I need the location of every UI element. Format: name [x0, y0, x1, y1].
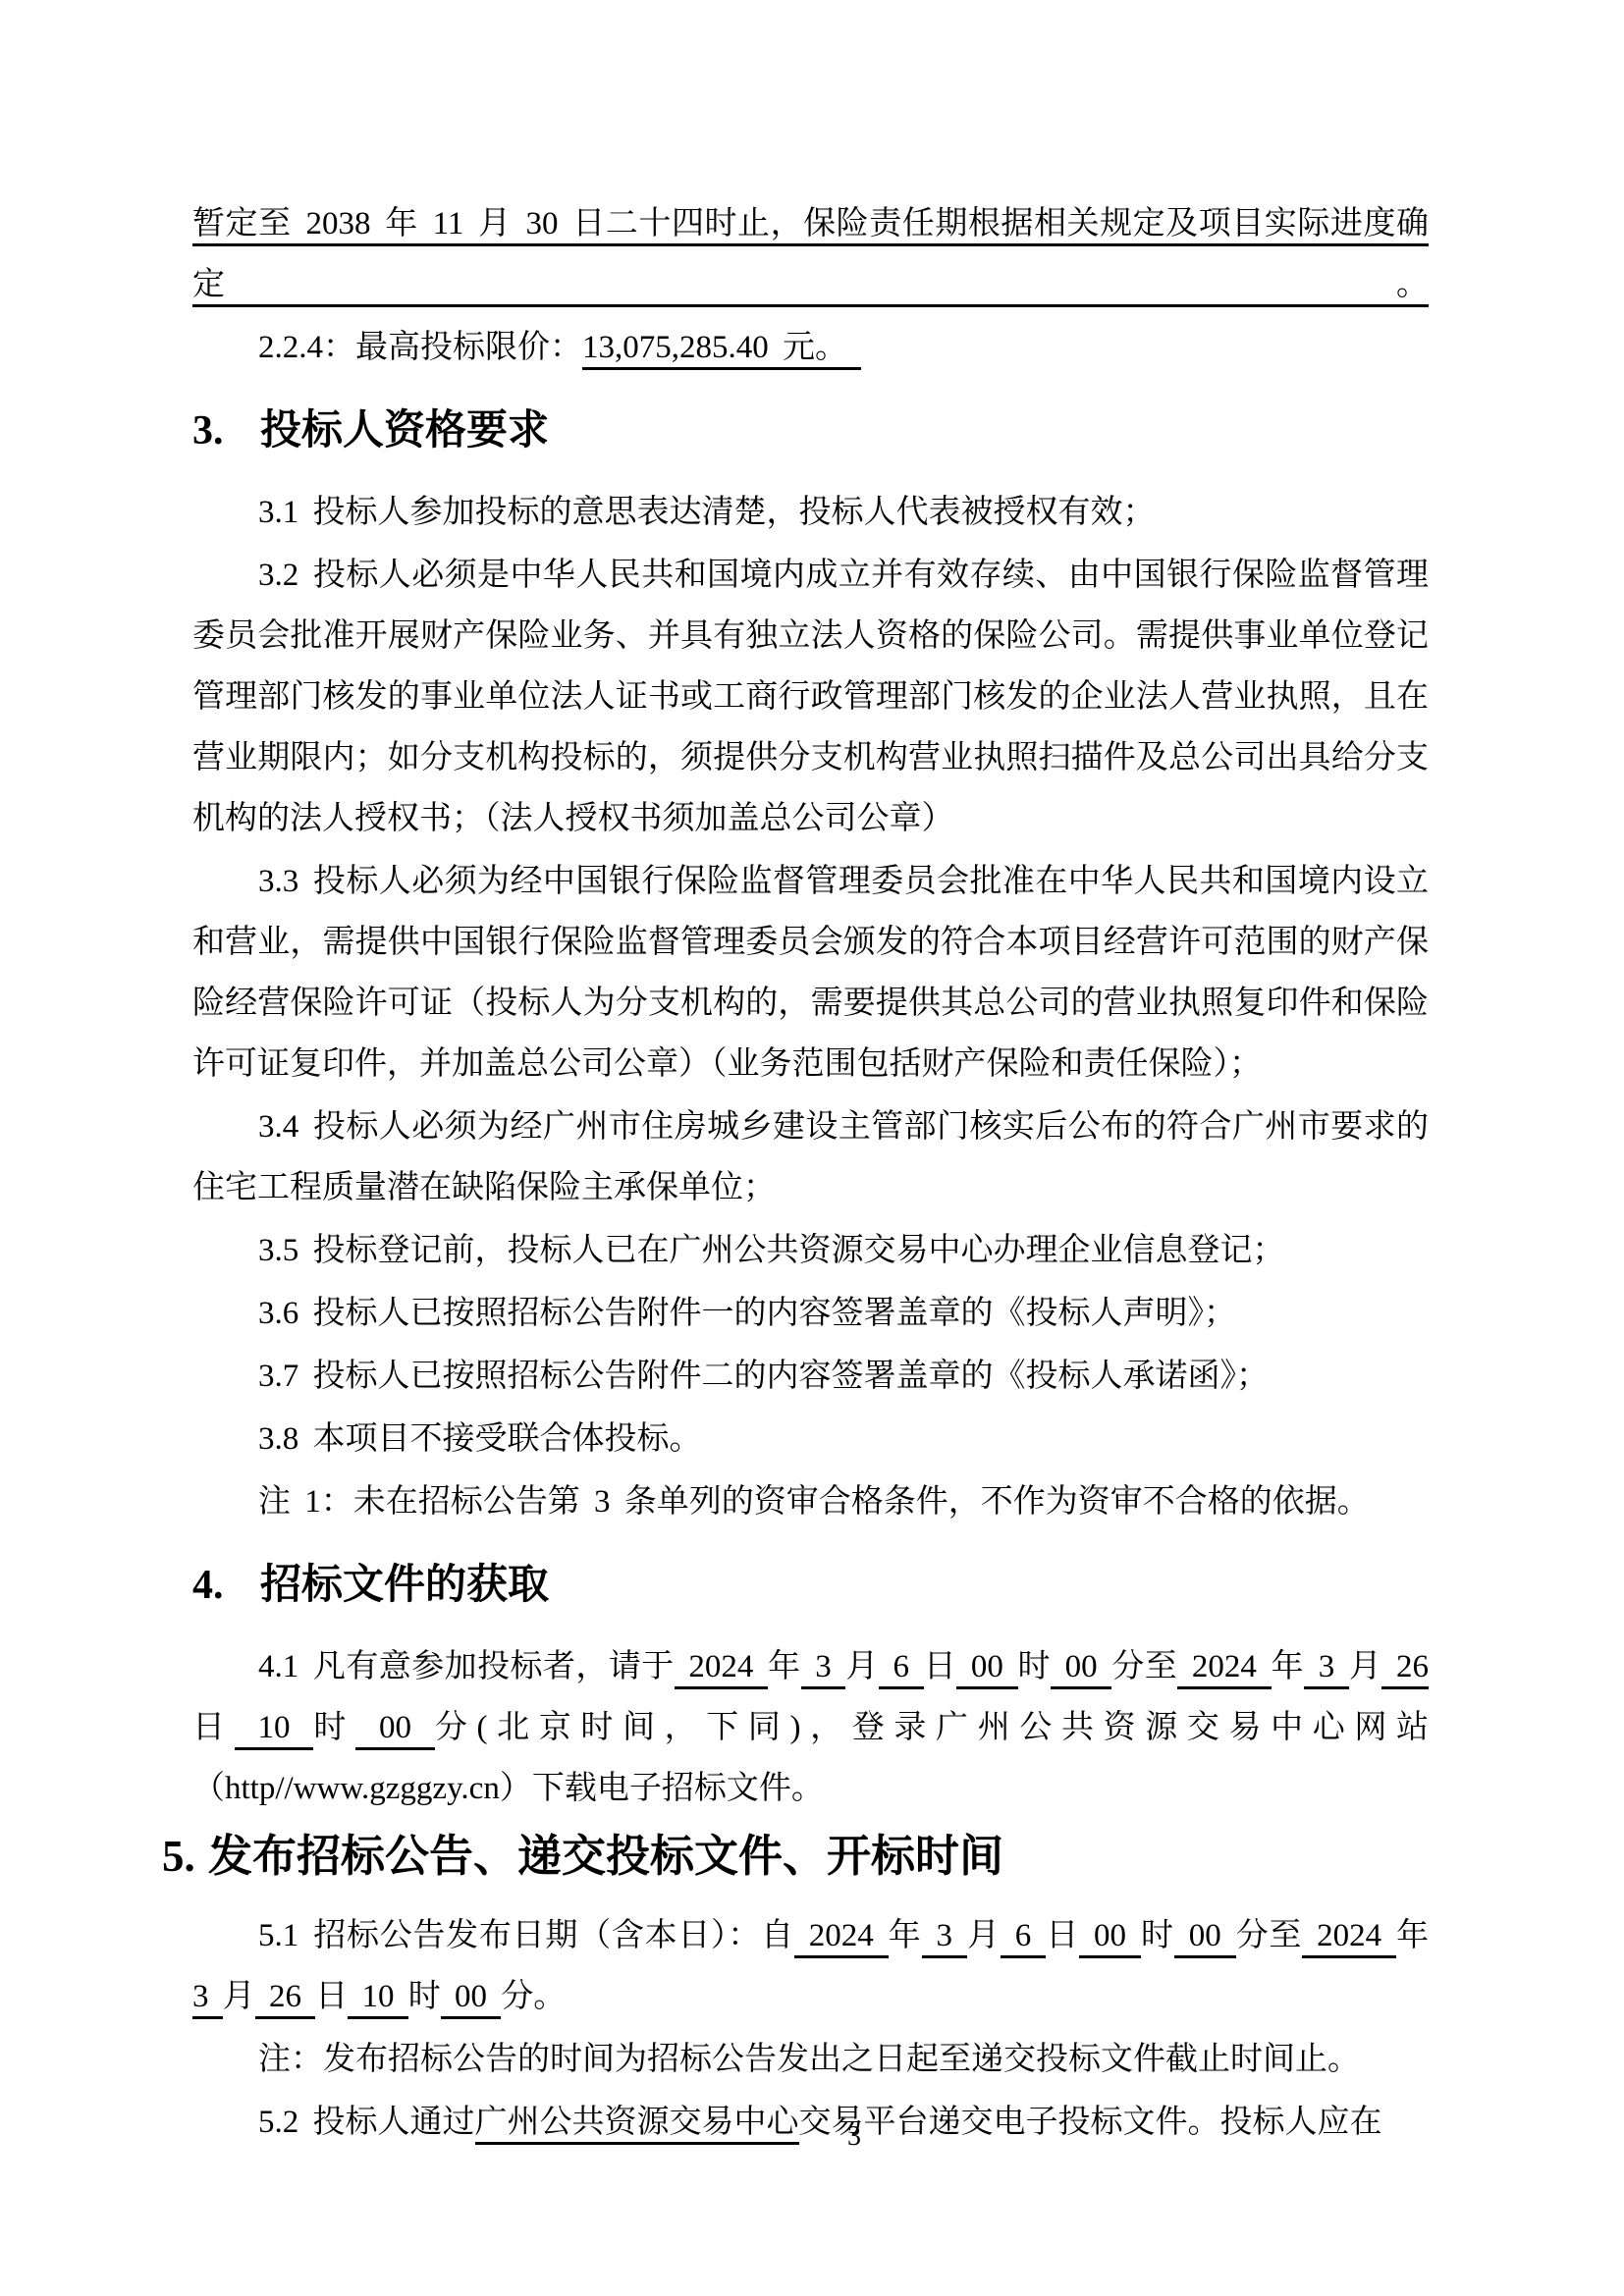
underlined-text: 10: [235, 1710, 314, 1750]
text-run: 日: [192, 1710, 235, 1745]
text-run: 分至: [1111, 1649, 1177, 1684]
text-run: 4.1 凡有意参加投标者，请于: [258, 1649, 675, 1684]
underlined-text: 00: [1051, 1649, 1111, 1689]
underlined-text: 10: [348, 1979, 408, 2019]
para-3-5: 3.5 投标登记前，投标人已在广州公共资源交易中心办理企业信息登记；: [192, 1220, 1429, 1281]
underlined-text: 广州公共资源交易中心: [475, 2105, 799, 2145]
para-2-2-4-max-bid-price: 2.2.4：最高投标限价：13,075,285.40 元。: [192, 317, 1429, 378]
heading-number: 4.: [192, 1560, 260, 1611]
underlined-text: 26: [255, 1979, 316, 2019]
text-run: 年: [1272, 1649, 1304, 1684]
heading-number: 5.: [162, 1831, 208, 1882]
text-run: 时: [1141, 1918, 1174, 1953]
underlined-text: 3: [922, 1918, 967, 1958]
para-3-2: 3.2 投标人必须是中华人民共和国境内成立并有效存续、由中国银行保险监督管理委员…: [192, 545, 1429, 849]
text-run: 注 1：未在招标公告第 3 条单列的资审合格条件，不作为资审不合格的依据。: [258, 1484, 1370, 1520]
heading-text: 发布招标公告、递交投标文件、开标时间: [208, 1832, 1003, 1881]
text-run: 年: [1396, 1918, 1429, 1953]
text-run: 3.2 投标人必须是中华人民共和国境内成立并有效存续、由中国银行保险监督管理委员…: [192, 558, 1429, 836]
text-run: 月: [1349, 1649, 1381, 1684]
heading-4-obtain-tender-documents: 4.招标文件的获取: [192, 1560, 1429, 1611]
para-4-1: 4.1 凡有意参加投标者，请于 2024 年 3 月 6 日 00 时 00 分…: [192, 1636, 1429, 1819]
underlined-text: 00: [1174, 1918, 1236, 1958]
text-run: 3.6 投标人已按照招标公告附件一的内容签署盖章的《投标人声明》；: [258, 1296, 1236, 1331]
para-note-announcement-time: 注：发布招标公告的时间为招标公告发出之日起至递交投标文件截止时间止。: [192, 2029, 1429, 2090]
underlined-text: 00: [355, 1710, 435, 1750]
text-run: 5.1 招标公告发布日期（含本日）：自: [258, 1918, 794, 1953]
underlined-text: 3: [801, 1649, 846, 1689]
underlined-text: 2024: [794, 1918, 889, 1958]
underlined-text: 00: [1079, 1918, 1141, 1958]
para-note-1: 注 1：未在招标公告第 3 条单列的资审合格条件，不作为资审不合格的依据。: [192, 1471, 1429, 1532]
text-run: 月: [223, 1979, 255, 2014]
heading-number: 3.: [192, 405, 260, 456]
text-run: 日: [1046, 1918, 1079, 1953]
text-run: 3.8 本项目不接受联合体投标。: [258, 1421, 702, 1457]
text-run: 时: [1018, 1649, 1051, 1684]
text-run: 年: [889, 1918, 922, 1953]
text-run: 注：发布招标公告的时间为招标公告发出之日起至递交投标文件截止时间止。: [258, 2042, 1360, 2077]
text-run: 3.1 投标人参加投标的意思表达清楚，投标人代表被授权有效；: [258, 495, 1156, 530]
document-page: 暂定至 2038 年 11 月 30 日二十四时止，保险责任期根据相关规定及项目…: [0, 0, 1624, 2296]
underlined-text: 3: [192, 1979, 223, 2019]
text-run: 分至: [1236, 1918, 1302, 1953]
underlined-text: 暂定至 2038 年 11 月 30 日二十四时止，保险责任期根据相关规定及项目…: [192, 206, 1429, 307]
text-run: 3.4 投标人必须为经广州市住房城乡建设主管部门核实后公布的符合广州市要求的住宅…: [192, 1109, 1429, 1205]
underlined-text: 6: [1001, 1918, 1046, 1958]
text-run: 3.3 投标人必须为经中国银行保险监督管理委员会批准在中华人民共和国境内设立和营…: [192, 864, 1429, 1082]
underlined-text: 26: [1381, 1649, 1429, 1689]
text-run: 2.2.4：最高投标限价：: [258, 330, 582, 365]
heading-3-bidder-qualification: 3.投标人资格要求: [192, 405, 1429, 456]
text-run: 分。: [501, 1979, 566, 2014]
text-run: 月: [845, 1649, 878, 1684]
text-run: 时: [408, 1979, 441, 2014]
para-3-7: 3.7 投标人已按照招标公告附件二的内容签署盖章的《投标人承诺函》；: [192, 1346, 1429, 1407]
para-3-6: 3.6 投标人已按照招标公告附件一的内容签署盖章的《投标人声明》；: [192, 1283, 1429, 1344]
text-run: 3.7 投标人已按照招标公告附件二的内容签署盖章的《投标人承诺函》；: [258, 1359, 1269, 1394]
heading-text: 招标文件的获取: [260, 1563, 549, 1608]
para-5-1: 5.1 招标公告发布日期（含本日）：自 2024 年 3 月 6 日 00 时 …: [192, 1905, 1429, 2027]
page-number: 3: [847, 2123, 861, 2151]
underlined-text: 2024: [1177, 1649, 1271, 1689]
text-run: 日: [924, 1649, 956, 1684]
para-insurance-period-continued: 暂定至 2038 年 11 月 30 日二十四时止，保险责任期根据相关规定及项目…: [192, 193, 1429, 315]
para-3-4: 3.4 投标人必须为经广州市住房城乡建设主管部门核实后公布的符合广州市要求的住宅…: [192, 1096, 1429, 1218]
heading-text: 投标人资格要求: [260, 408, 549, 454]
text-run: 5.2 投标人通过: [258, 2105, 475, 2140]
document-content: 暂定至 2038 年 11 月 30 日二十四时止，保险责任期根据相关规定及项目…: [192, 193, 1429, 2155]
para-3-8: 3.8 本项目不接受联合体投标。: [192, 1409, 1429, 1469]
para-3-3: 3.3 投标人必须为经中国银行保险监督管理委员会批准在中华人民共和国境内设立和营…: [192, 851, 1429, 1095]
heading-5-announcement-submission-opening-time: 5.发布招标公告、递交投标文件、开标时间: [162, 1831, 1429, 1882]
underlined-text: 00: [956, 1649, 1017, 1689]
underlined-text: 2024: [675, 1649, 768, 1689]
text-run: 月: [967, 1918, 1001, 1953]
text-run: 时: [313, 1710, 355, 1745]
text-run: 3.5 投标登记前，投标人已在广州公共资源交易中心办理企业信息登记；: [258, 1233, 1285, 1268]
underlined-text: 6: [879, 1649, 924, 1689]
para-5-2: 5.2 投标人通过广州公共资源交易中心交易平台递交电子投标文件。投标人应在: [192, 2092, 1429, 2153]
underlined-text: 00: [441, 1979, 502, 2019]
text-run: 交易平台递交电子投标文件。投标人应在: [799, 2105, 1382, 2140]
para-3-1: 3.1 投标人参加投标的意思表达清楚，投标人代表被授权有效；: [192, 482, 1429, 543]
text-run: 日: [315, 1979, 348, 2014]
underlined-text: 2024: [1302, 1918, 1396, 1958]
underlined-text: 13,075,285.40 元。: [582, 330, 861, 370]
underlined-text: 3: [1304, 1649, 1349, 1689]
text-run: 年: [768, 1649, 800, 1684]
